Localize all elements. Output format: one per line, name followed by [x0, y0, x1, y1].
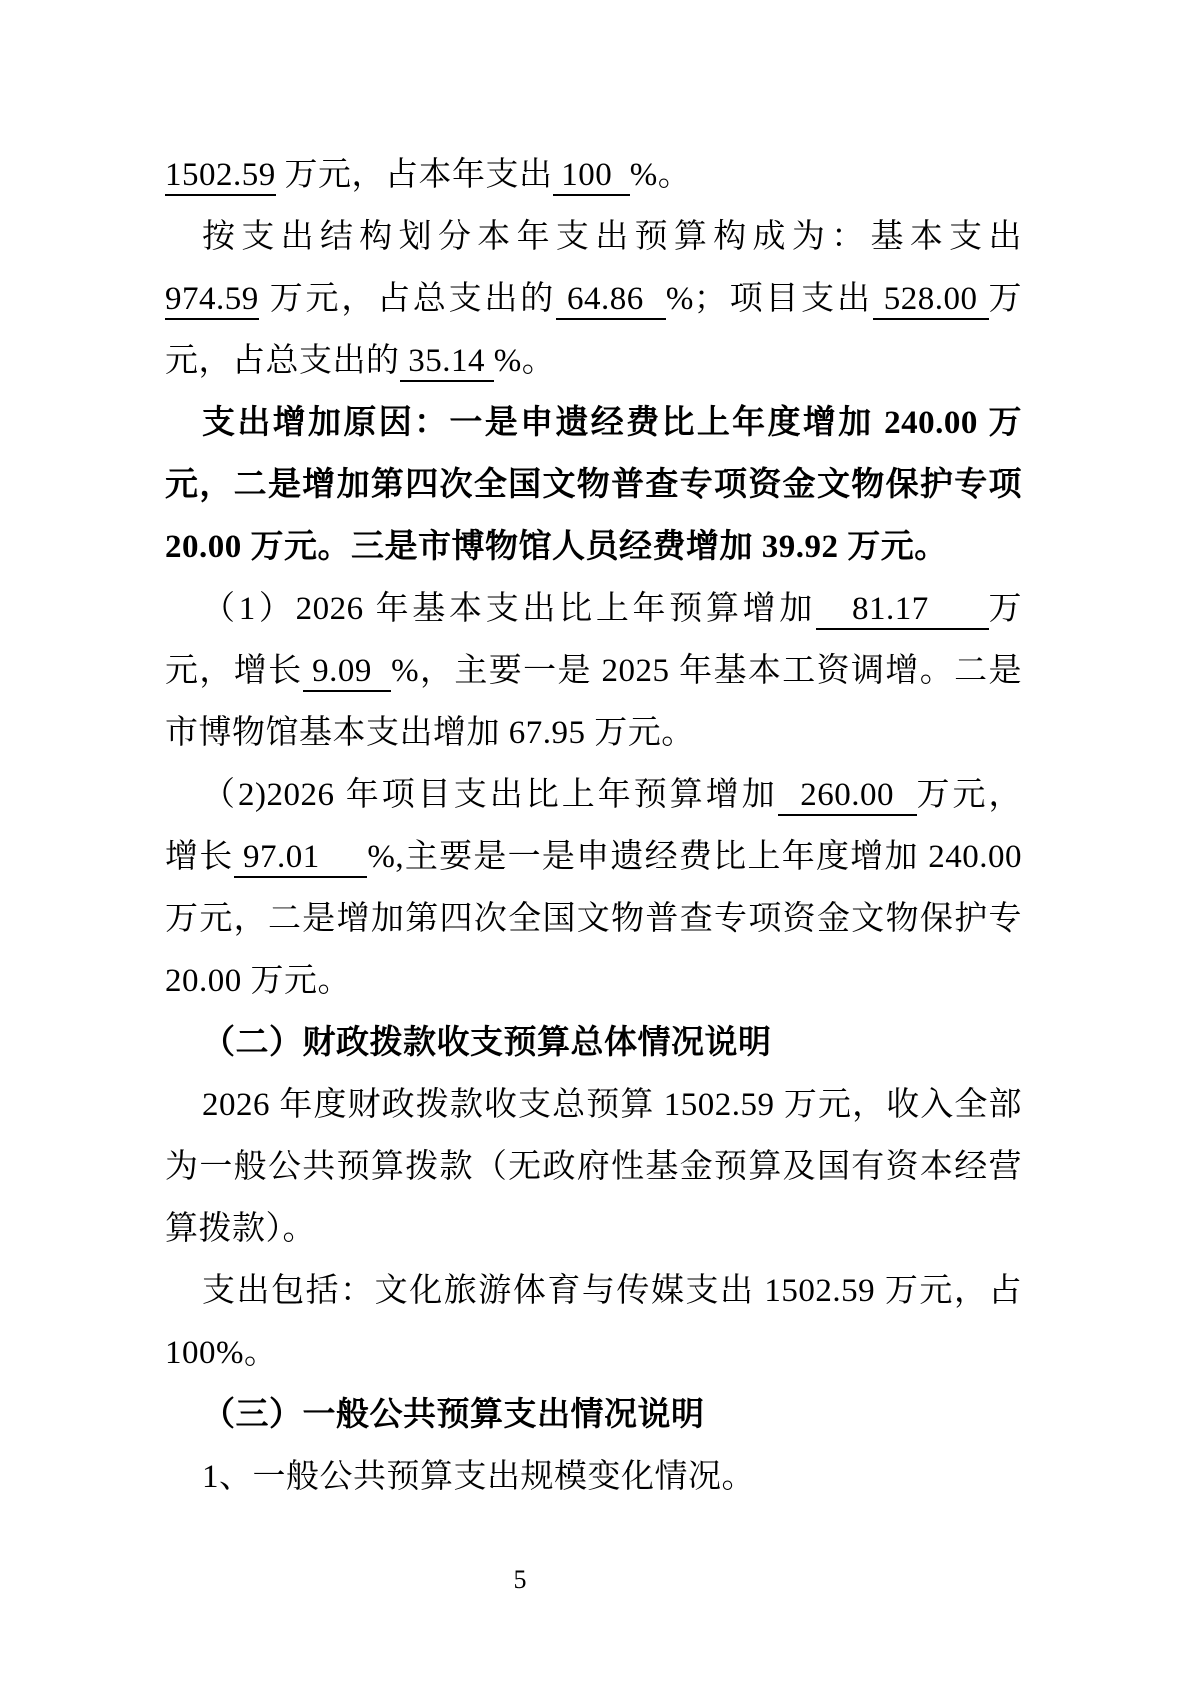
text-run: （1）2026 年基本支出比上年预算增加	[202, 591, 816, 627]
text-run: 万	[989, 281, 1022, 317]
text-run: %。	[494, 343, 556, 379]
underlined-value: 81.17	[816, 591, 988, 630]
underlined-value: 100	[553, 157, 630, 196]
text-run: %,主要是一是申遗经费比上年度增加 240.00	[367, 839, 1022, 875]
text-line: 算拨款）。	[165, 1198, 1022, 1260]
text-run: 100%。	[165, 1335, 278, 1371]
expense-increase-reason-line: 支出增加原因：一是申遗经费比上年度增加 240.00 万	[165, 392, 1022, 454]
text-run: %。	[630, 157, 692, 193]
underlined-value: 35.14	[400, 343, 494, 382]
text-line: 元，占总支出的 35.14 %。	[165, 330, 1022, 392]
text-line: 974.59 万元，占总支出的 64.86 %；项目支出 528.00 万	[165, 268, 1022, 330]
text-run: （二）财政拨款收支预算总体情况说明	[202, 1025, 772, 1061]
underlined-value: 97.01	[234, 839, 368, 878]
text-run: 市博物馆基本支出增加 67.95 万元。	[165, 715, 695, 751]
page-number: 5	[480, 1560, 560, 1600]
text-line: 为一般公共预算拨款（无政府性基金预算及国有资本经营预	[165, 1136, 1022, 1198]
text-line: 市博物馆基本支出增加 67.95 万元。	[165, 702, 1022, 764]
text-line: （1）2026 年基本支出比上年预算增加 81.17 万	[165, 578, 1022, 640]
text-run: 元，二是增加第四次全国文物普查专项资金文物保护专项	[165, 467, 1022, 503]
text-line: 20.00 万元。	[165, 950, 1022, 1012]
text-run: 1、一般公共预算支出规模变化情况。	[202, 1459, 755, 1495]
text-run: 元，增长	[165, 653, 303, 689]
text-run: 20.00 万元。	[165, 963, 351, 999]
document-page: 1502.59 万元，占本年支出 100 %。按支出结构划分本年支出预算构成为：…	[0, 0, 1200, 1697]
expense-increase-reason-line: 20.00 万元。三是市博物馆人员经费增加 39.92 万元。	[165, 516, 1022, 578]
text-run: 万元，占本年支出	[276, 157, 553, 193]
text-line: 2026 年度财政拨款收支总预算 1502.59 万元，收入全部	[165, 1074, 1022, 1136]
text-run: 2026 年度财政拨款收支总预算 1502.59 万元，收入全部	[202, 1087, 1022, 1123]
text-run: 为一般公共预算拨款（无政府性基金预算及国有资本经营预	[165, 1149, 1022, 1198]
text-run: 万元，占总支出的	[259, 281, 556, 317]
text-run: （2)2026 年项目支出比上年预算增加	[202, 777, 778, 813]
text-run: 增长	[165, 839, 234, 875]
text-run: %；项目支出	[666, 281, 873, 317]
text-line: 100%。	[165, 1322, 1022, 1384]
text-run: 20.00 万元。三是市博物馆人员经费增加 39.92 万元。	[165, 529, 948, 565]
text-run: %，主要一是 2025 年基本工资调增。二是	[391, 653, 1022, 689]
text-run: 按支出结构划分本年支出预算构成为：基本支出	[202, 219, 1022, 255]
text-run: 万	[989, 591, 1022, 627]
text-run: 支出增加原因：一是申遗经费比上年度增加 240.00 万	[202, 405, 1022, 441]
underlined-value: 260.00	[778, 777, 917, 816]
text-line: 1502.59 万元，占本年支出 100 %。	[165, 144, 1022, 206]
underlined-value: 64.86	[556, 281, 666, 320]
text-run: 万元，	[917, 777, 1023, 813]
text-line: 按支出结构划分本年支出预算构成为：基本支出	[165, 206, 1022, 268]
underlined-value: 1502.59	[165, 157, 276, 196]
underlined-value: 528.00	[873, 281, 989, 320]
text-run: 万元，二是增加第四次全国文物普查专项资金文物保护专项	[165, 901, 1022, 950]
text-line: （2)2026 年项目支出比上年预算增加 260.00 万元，	[165, 764, 1022, 826]
expense-increase-reason-line: 元，二是增加第四次全国文物普查专项资金文物保护专项	[165, 454, 1022, 516]
document-body: 1502.59 万元，占本年支出 100 %。按支出结构划分本年支出预算构成为：…	[165, 144, 1022, 1508]
text-run: （三）一般公共预算支出情况说明	[202, 1397, 705, 1433]
text-line: 支出包括：文化旅游体育与传媒支出 1502.59 万元，占	[165, 1260, 1022, 1322]
text-line: 万元，二是增加第四次全国文物普查专项资金文物保护专项	[165, 888, 1022, 950]
underlined-value: 974.59	[165, 281, 259, 320]
text-line: 1、一般公共预算支出规模变化情况。	[165, 1446, 1022, 1508]
text-run: 支出包括：文化旅游体育与传媒支出 1502.59 万元，占	[202, 1273, 1022, 1309]
section-heading-three: （三）一般公共预算支出情况说明	[165, 1384, 1022, 1446]
underlined-value: 9.09	[303, 653, 392, 692]
section-heading-two: （二）财政拨款收支预算总体情况说明	[165, 1012, 1022, 1074]
text-run: 元，占总支出的	[165, 343, 400, 379]
text-run: 算拨款）。	[165, 1211, 316, 1247]
text-line: 增长 97.01 %,主要是一是申遗经费比上年度增加 240.00	[165, 826, 1022, 888]
text-line: 元，增长 9.09 %，主要一是 2025 年基本工资调增。二是	[165, 640, 1022, 702]
